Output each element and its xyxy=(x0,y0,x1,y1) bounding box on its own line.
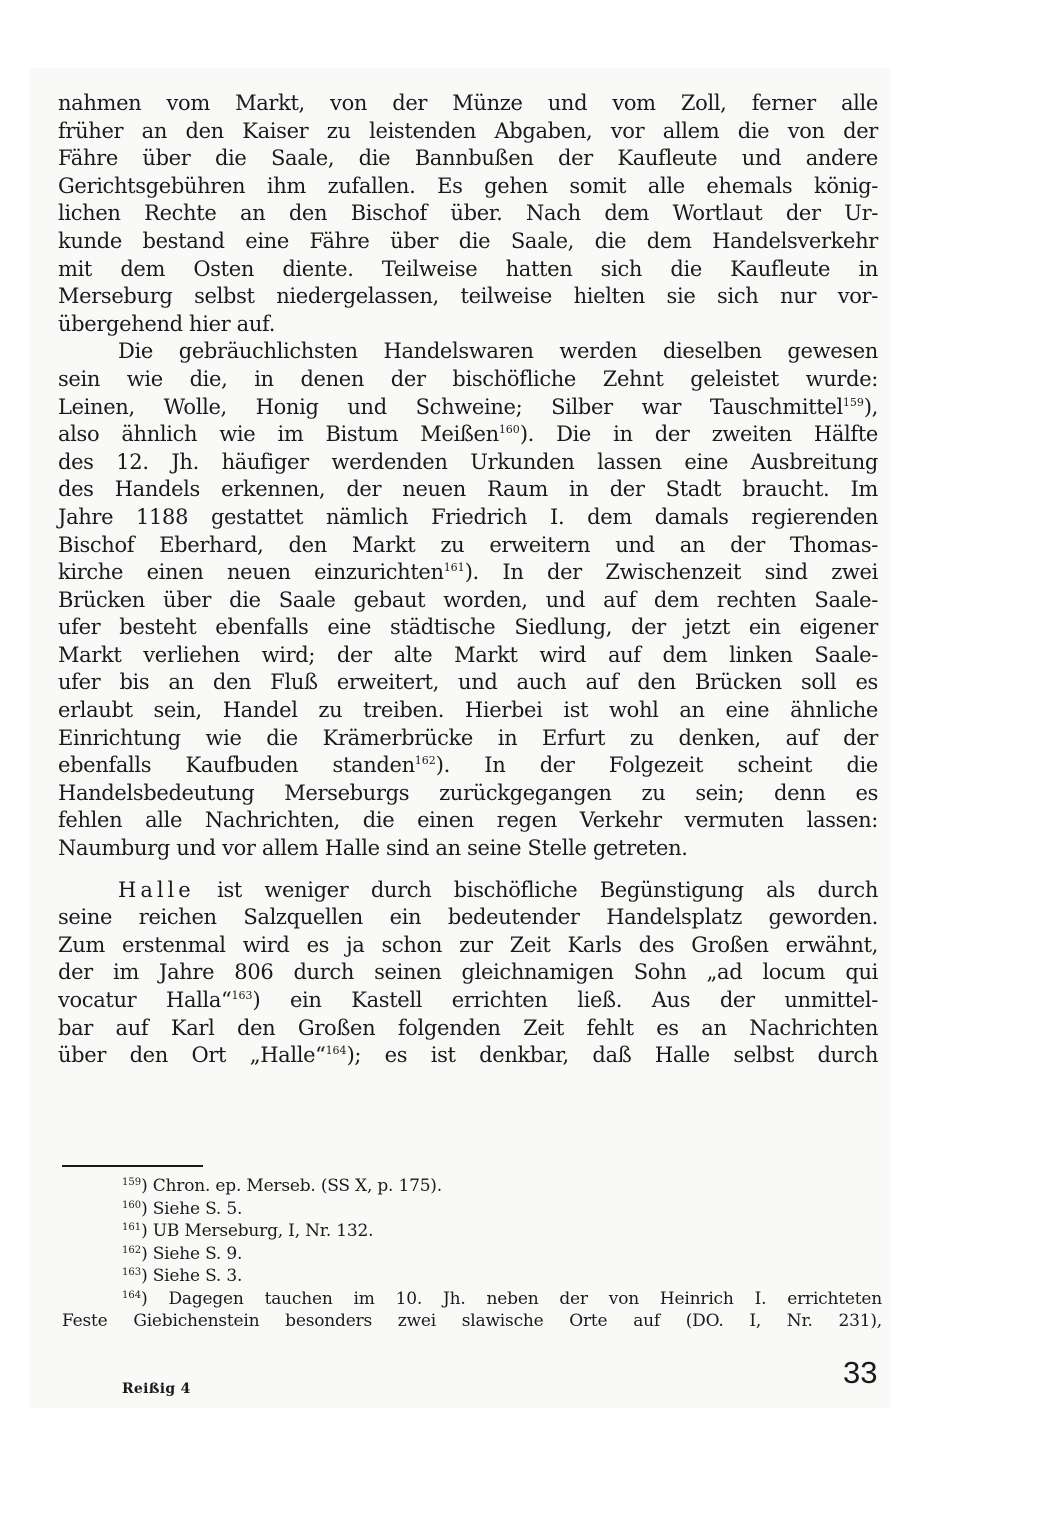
text-line: Einrichtung wie die Krämerbrücke in Erfu… xyxy=(58,725,878,753)
text-line: nahmen vom Markt, von der Münze und vom … xyxy=(58,90,878,118)
footnote-text: Siehe S. 9. xyxy=(153,1244,242,1264)
footnote-number: 164 xyxy=(122,1290,141,1301)
line-text: Leinen, Wolle, Honig und Schweine; Silbe… xyxy=(58,395,843,419)
text-line: ufer bis an den Fluß erweitert, und auch… xyxy=(58,669,878,697)
line-text: ). In der Folgezeit scheint die xyxy=(436,753,878,777)
page-number: 33 xyxy=(843,1355,877,1391)
footnote-ref-159[interactable]: 159 xyxy=(843,396,864,409)
text-line: ebenfalls Kaufbuden standen162). In der … xyxy=(58,752,878,780)
text-line: Jahre 1188 gestattet nämlich Friedrich I… xyxy=(58,504,878,532)
line-text: ebenfalls Kaufbuden standen xyxy=(58,753,415,777)
footnote-text: Siehe S. 5. xyxy=(153,1199,242,1219)
footnote-162: 162) Siehe S. 9. xyxy=(62,1243,882,1266)
footnotes: 159) Chron. ep. Merseb. (SS X, p. 175). … xyxy=(62,1175,882,1333)
text-line: Gerichtsgebühren ihm zufallen. Es gehen … xyxy=(58,173,878,201)
line-text: ); es ist denkbar, daß Halle selbst durc… xyxy=(347,1043,878,1067)
line-text: kirche einen neuen einzurichten xyxy=(58,560,444,584)
paragraph-3: Halle ist weniger durch bischöfliche Beg… xyxy=(58,877,878,1070)
footnote-number: 162 xyxy=(122,1245,141,1256)
footnote-160: 160) Siehe S. 5. xyxy=(62,1198,882,1221)
line-text: ist weniger durch bischöfliche Begünstig… xyxy=(195,878,878,902)
text-line: Markt verliehen wird; der alte Markt wir… xyxy=(58,642,878,670)
text-line: Halle ist weniger durch bischöfliche Beg… xyxy=(58,877,878,905)
text-line: seine reichen Salzquellen ein bedeutende… xyxy=(58,904,878,932)
footnote-number: 160 xyxy=(122,1200,141,1211)
line-text: ). In der Zwischenzeit sind zwei xyxy=(465,560,878,584)
text-line: Handelsbedeutung Merseburgs zurückgegang… xyxy=(58,780,878,808)
line-text: vocatur Halla“ xyxy=(58,988,231,1012)
main-text: nahmen vom Markt, von der Münze und vom … xyxy=(58,90,878,1070)
footnote-ref-162[interactable]: 162 xyxy=(415,754,436,767)
text-line: also ähnlich wie im Bistum Meißen160). D… xyxy=(58,421,878,449)
text-line: Merseburg selbst niedergelassen, teilwei… xyxy=(58,283,878,311)
text-line: bar auf Karl den Großen folgenden Zeit f… xyxy=(58,1015,878,1043)
footnote-text: UB Merseburg, I, Nr. 132. xyxy=(153,1221,374,1241)
text-line: erlaubt sein, Handel zu treiben. Hierbei… xyxy=(58,697,878,725)
emphasized-place-name: Halle xyxy=(118,878,195,902)
text-line: Leinen, Wolle, Honig und Schweine; Silbe… xyxy=(58,394,878,422)
line-text: also ähnlich wie im Bistum Meißen xyxy=(58,422,499,446)
footnote-number: 161 xyxy=(122,1222,141,1233)
text-line: über den Ort „Halle“164); es ist denkbar… xyxy=(58,1042,878,1070)
footnote-number: 163 xyxy=(122,1267,141,1278)
footnote-159: 159) Chron. ep. Merseb. (SS X, p. 175). xyxy=(62,1175,882,1198)
paragraph-spacer xyxy=(58,863,878,877)
footnote-text: Dagegen tauchen im 10. Jh. neben der von… xyxy=(168,1289,882,1309)
footnote-164-continuation: Feste Giebichenstein besonders zwei slaw… xyxy=(62,1310,882,1333)
text-line: Die gebräuchlichsten Handelswaren werden… xyxy=(58,338,878,366)
text-line: des 12. Jh. häufiger werdenden Urkunden … xyxy=(58,449,878,477)
text-line: mit dem Osten diente. Teilweise hatten s… xyxy=(58,256,878,284)
printer-signature: Reißig 4 xyxy=(122,1381,191,1397)
footnote-text: Siehe S. 3. xyxy=(153,1266,242,1286)
footnote-ref-163[interactable]: 163 xyxy=(231,989,252,1002)
footnote-number: 159 xyxy=(122,1177,141,1188)
footnote-ref-164[interactable]: 164 xyxy=(326,1044,347,1057)
line-text: über den Ort „Halle“ xyxy=(58,1043,326,1067)
text-line: Fähre über die Saale, die Bannbußen der … xyxy=(58,145,878,173)
text-line: Bischof Eberhard, den Markt zu erweitern… xyxy=(58,532,878,560)
text-line: Zum erstenmal wird es ja schon zur Zeit … xyxy=(58,932,878,960)
text-line: früher an den Kaiser zu leistenden Abgab… xyxy=(58,118,878,146)
text-line: der im Jahre 806 durch seinen gleichnami… xyxy=(58,959,878,987)
line-text: ) ein Kastell errichten ließ. Aus der un… xyxy=(252,988,878,1012)
footnote-ref-161[interactable]: 161 xyxy=(444,561,465,574)
paragraph-1: nahmen vom Markt, von der Münze und vom … xyxy=(58,90,878,338)
footnote-164: 164) Dagegen tauchen im 10. Jh. neben de… xyxy=(62,1288,882,1311)
text-line: vocatur Halla“163) ein Kastell errichten… xyxy=(58,987,878,1015)
text-line: lichen Rechte an den Bischof über. Nach … xyxy=(58,200,878,228)
paragraph-2: Die gebräuchlichsten Handelswaren werden… xyxy=(58,338,878,862)
line-text: ), xyxy=(864,395,878,419)
text-line: sein wie die, in denen der bischöfliche … xyxy=(58,366,878,394)
footnote-text: Chron. ep. Merseb. (SS X, p. 175). xyxy=(153,1176,442,1196)
text-line: fehlen alle Nachrichten, die einen regen… xyxy=(58,807,878,835)
footnote-161: 161) UB Merseburg, I, Nr. 132. xyxy=(62,1220,882,1243)
text-line: des Handels erkennen, der neuen Raum in … xyxy=(58,476,878,504)
footnote-divider xyxy=(62,1165,203,1167)
line-text: ). Die in der zweiten Hälfte xyxy=(520,422,878,446)
text-line: übergehend hier auf. xyxy=(58,311,878,339)
text-line: kirche einen neuen einzurichten161). In … xyxy=(58,559,878,587)
footnote-163: 163) Siehe S. 3. xyxy=(62,1265,882,1288)
text-line: ufer besteht ebenfalls eine städtische S… xyxy=(58,614,878,642)
text-line: Brücken über die Saale gebaut worden, un… xyxy=(58,587,878,615)
footnote-ref-160[interactable]: 160 xyxy=(499,423,520,436)
text-line: Naumburg und vor allem Halle sind an sei… xyxy=(58,835,878,863)
text-line: kunde bestand eine Fähre über die Saale,… xyxy=(58,228,878,256)
